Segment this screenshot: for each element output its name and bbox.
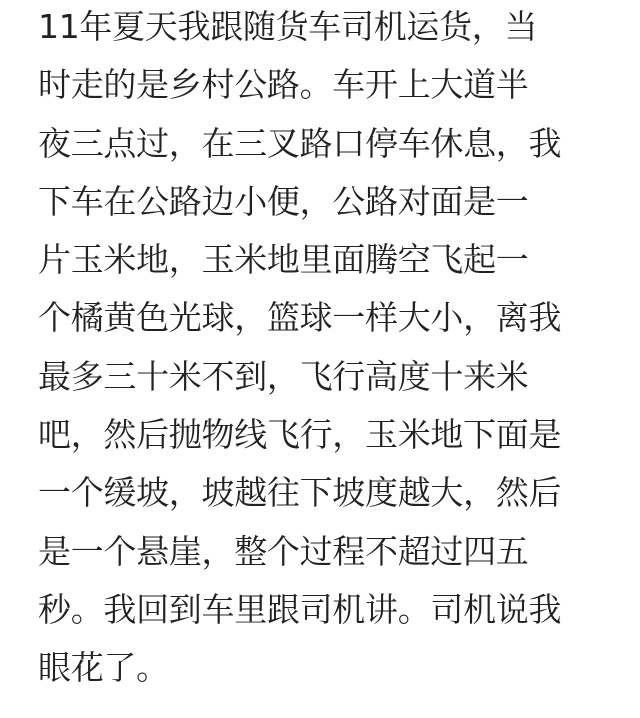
text-line-4: 下车在公路边小便，公路对面是一 — [38, 173, 638, 231]
text-line-1: 11年夏天我跟随货车司机运货，当 — [38, 0, 638, 56]
text-line-10: 是一个悬崖，整个过程不超过四五 — [38, 523, 638, 581]
story-text-block: 11年夏天我跟随货车司机运货，当 时走的是乡村公路。车开上大道半 夜三点过，在三… — [38, 0, 638, 698]
text-line-3: 夜三点过，在三叉路口停车休息，我 — [38, 115, 638, 173]
text-line-6: 个橘黄色光球，篮球一样大小，离我 — [38, 289, 638, 347]
text-line-9: 一个缓坡，坡越往下坡度越大，然后 — [38, 464, 638, 522]
text-line-11: 秒。我回到车里跟司机讲。司机说我 — [38, 581, 638, 639]
text-line-7: 最多三十米不到，飞行高度十来米 — [38, 348, 638, 406]
text-line-2: 时走的是乡村公路。车开上大道半 — [38, 56, 638, 114]
text-line-5: 片玉米地，玉米地里面腾空飞起一 — [38, 231, 638, 289]
text-line-12: 眼花了。 — [38, 639, 638, 697]
text-line-8: 吧，然后抛物线飞行，玉米地下面是 — [38, 406, 638, 464]
